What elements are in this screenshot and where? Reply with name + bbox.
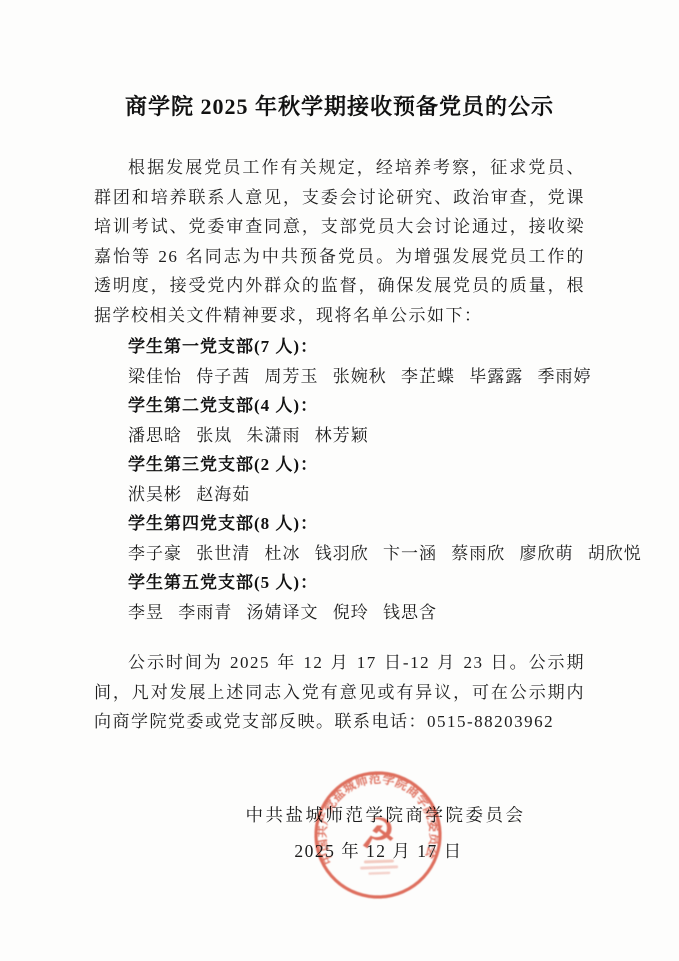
scanned-document-page: 商学院 2025 年秋学期接收预备党员的公示 根据发展党员工作有关规定，经培养考… bbox=[0, 0, 679, 961]
signature-date: 2025 年 12 月 17 日 bbox=[39, 838, 679, 863]
official-seal-stamp: 中国共产党盐城师范学院商学院委员会 ☭ bbox=[309, 766, 448, 905]
signature-organization: 中共盐城师范学院商学院委员会 bbox=[46, 802, 679, 827]
branch-2-names: 潘思晗 张岚 朱潇雨 林芳颖 bbox=[94, 421, 585, 451]
lead-paragraph: 根据发展党员工作有关规定，经培养考察，征求党员、群团和培养联系人意见，支委会讨论… bbox=[94, 153, 585, 330]
closing-paragraph: 公示时间为 2025 年 12 月 17 日-12 月 23 日。公示期间，凡对… bbox=[94, 648, 585, 737]
branch-1-names: 梁佳怡 侍子茜 周芳玉 张婉秋 李芷蝶 毕露露 季雨婷 bbox=[94, 362, 585, 392]
branch-1-heading: 学生第一党支部(7 人)： bbox=[94, 332, 585, 362]
branch-4-names: 李子豪 张世清 杜冰 钱羽欣 卞一涵 蔡雨欣 廖欣萌 胡欣悦 bbox=[94, 539, 585, 569]
branch-5-heading: 学生第五党支部(5 人)： bbox=[94, 568, 585, 598]
branch-list: 学生第一党支部(7 人)： 梁佳怡 侍子茜 周芳玉 张婉秋 李芷蝶 毕露露 季雨… bbox=[94, 332, 585, 627]
branch-5-names: 李昱 李雨青 汤婧译文 倪玲 钱思含 bbox=[94, 598, 585, 628]
branch-2-heading: 学生第二党支部(4 人)： bbox=[94, 391, 585, 421]
document-title: 商学院 2025 年秋学期接收预备党员的公示 bbox=[0, 0, 679, 121]
document-body: 根据发展党员工作有关规定，经培养考察，征求党员、群团和培养联系人意见，支委会讨论… bbox=[94, 153, 585, 737]
branch-3-heading: 学生第三党支部(2 人)： bbox=[94, 450, 585, 480]
branch-4-heading: 学生第四党支部(8 人)： bbox=[94, 509, 585, 539]
seal-outer-ring bbox=[314, 771, 442, 899]
branch-3-names: 洑吴彬 赵海茹 bbox=[94, 480, 585, 510]
